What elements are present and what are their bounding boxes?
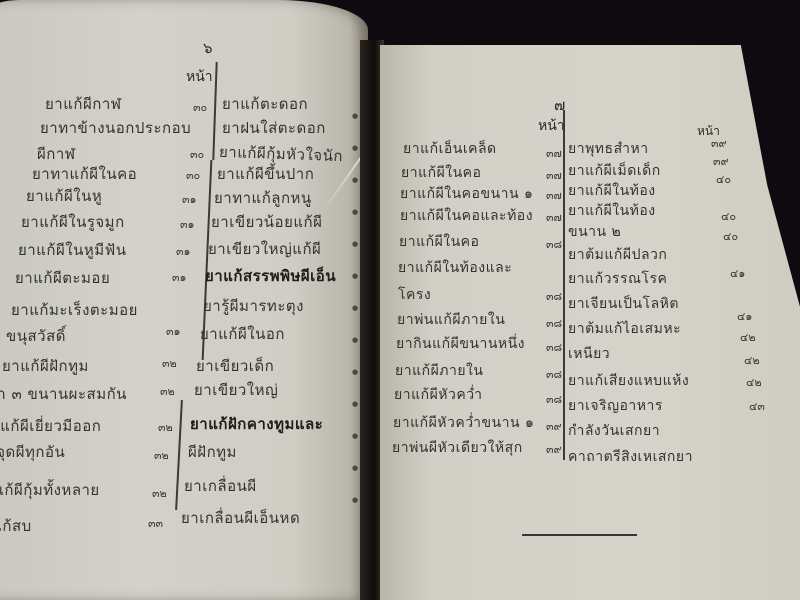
toc-page-ref: ๓๑ <box>182 190 197 208</box>
toc-page-ref: ๓๐ <box>193 98 207 116</box>
toc-entry: ขนุสวัสดิ์ <box>6 324 66 348</box>
toc-entry: ยาแก้วรรณโรค <box>568 268 667 290</box>
left-page-column-header: หน้า <box>186 66 213 88</box>
toc-entry: ยาแก้ตะดอก <box>222 92 308 116</box>
toc-entry: ขนาน ๒ <box>568 221 621 243</box>
toc-entry: ยาแก้ผีในคอและท้อง <box>400 205 533 227</box>
toc-page-ref: ๓๑ <box>166 322 181 340</box>
toc-page-ref: ๔๐ <box>716 170 731 188</box>
toc-page-ref: ๔๐ <box>721 207 736 225</box>
toc-entry: ยาแก้เอ็นเคล็ด <box>403 138 497 160</box>
toc-entry: ยาแก้ผีในท้องและ <box>398 257 512 279</box>
toc-entry: ยาทาข้างนอกประกอบ <box>40 116 191 140</box>
toc-page-ref: ๓๑ <box>180 215 195 233</box>
toc-entry: ยาแก้สบ <box>0 514 32 538</box>
toc-entry: ยาเขียวเด็ก <box>196 354 274 378</box>
toc-entry: ยา ๓ ขนานผะสมกัน <box>0 382 127 406</box>
toc-page-ref: ๓๒ <box>160 382 175 400</box>
toc-page-ref: ๔๐ <box>723 227 738 245</box>
toc-entry: ยาแก้เสียงแหบแห้ง <box>568 370 689 392</box>
toc-page-ref: ๓๘ <box>546 287 562 305</box>
toc-entry: ยาแก้ผีเม็ดเด็ก <box>568 160 661 182</box>
book-photo: ๖ หน้า ยาแก้ผีกาฬ ยาทาข้างนอกประกอบ ผีกา… <box>0 0 800 600</box>
toc-entry: ยาเกลื่อนผี <box>184 474 257 498</box>
toc-page-ref: ๓๐ <box>190 145 204 163</box>
toc-entry: ยาจุดผีทุกอัน <box>0 440 65 464</box>
toc-page-ref: ๓๘ <box>546 314 562 332</box>
toc-page-ref: ๓๑ <box>176 242 191 260</box>
toc-page-ref: ๓๗ <box>546 166 562 184</box>
right-divider <box>563 110 565 460</box>
toc-entry: ยาฝนใส่ตะดอก <box>222 116 326 140</box>
toc-entry: ยาแก้ผีฝักทูม <box>2 354 89 378</box>
toc-entry: ยากินแก้ผีขนานหนึ่ง <box>396 333 525 355</box>
toc-entry: ยาแก้ผีหัวคว่ำ <box>394 384 482 406</box>
toc-page-ref: ๓๘ <box>546 235 562 253</box>
toc-entry: ยาแก้ฝักคางทูมและ <box>190 412 323 436</box>
toc-entry: ยาแก้ผีในท้อง <box>568 180 656 202</box>
toc-page-ref: ๓๙ <box>546 417 562 435</box>
toc-entry: ยาแก้ผีในหู <box>26 184 102 208</box>
toc-page-ref: ๓๙ <box>713 152 729 170</box>
toc-page-ref: ๔๒ <box>740 328 756 346</box>
toc-page-ref: ๓๘ <box>546 338 562 356</box>
toc-page-ref: ๓๘ <box>546 365 562 383</box>
toc-entry: ยาแก้ผีในท้อง <box>568 200 656 222</box>
toc-entry: ยาพ่นผีหัวเดียวให้สุก <box>392 437 523 459</box>
toc-entry: ยาแก้มะเร็งตะมอย <box>11 298 138 322</box>
right-page-column-header: หน้า <box>538 115 565 137</box>
toc-entry: ยาแก้ผีกุ้มทั้งหลาย <box>0 478 100 502</box>
toc-page-ref: ๓๓ <box>148 514 163 532</box>
toc-entry: ยาเขียวน้อยแก้ผี <box>211 210 322 234</box>
toc-page-ref: ๓๗ <box>546 144 562 162</box>
toc-entry: คาถาตรีสิงเหเสกยา <box>568 446 693 468</box>
toc-page-ref: ๓๐ <box>186 166 200 184</box>
toc-entry: ยาเขียวใหญ่ <box>194 378 278 402</box>
toc-entry: ยาเจริญอาหาร <box>568 395 663 417</box>
toc-entry: ยาแก้ผีในอก <box>200 322 285 346</box>
toc-entry: ยาแก้ผีเยี่ยวมีออก <box>0 414 101 438</box>
toc-page-ref: ๓๘ <box>546 390 562 408</box>
toc-page-ref: ๔๑ <box>730 264 745 282</box>
toc-page-ref: ๓๗ <box>546 186 562 204</box>
toc-entry: ยาแก้ผีในหูมีฟัน <box>18 238 126 262</box>
toc-entry: ยารู้ผีมารทะตุง <box>203 294 304 318</box>
toc-entry: ยาแก้ผีภายใน <box>395 360 483 382</box>
toc-entry: ยาพุทธสำหา <box>568 138 649 160</box>
toc-entry: ยาแก้ผีในคอ <box>401 162 481 184</box>
toc-page-ref: ๓๑ <box>172 268 187 286</box>
toc-entry: กำลังวันเสกยา <box>568 420 660 442</box>
toc-entry: ยาแก้ผีในคอขนาน ๑ <box>400 183 533 205</box>
toc-page-ref: ๓๗ <box>546 208 562 226</box>
toc-entry: ผีฝักทูม <box>188 440 237 464</box>
toc-entry: ยาเขียวใหญ่แก้ผี <box>208 237 321 261</box>
toc-entry: ยาแก้ผีขึ้นปาก <box>217 162 314 186</box>
toc-entry: ยาแก้ผีในรูจมูก <box>21 210 125 234</box>
toc-page-ref: ๓๒ <box>158 418 173 436</box>
toc-entry: ยาเกลื่อนผีเอ็นหด <box>181 506 300 530</box>
end-rule <box>522 534 637 536</box>
toc-entry: ยาต้มแก้ไอเสมหะ <box>568 318 681 340</box>
toc-page-ref: ๔๒ <box>746 373 762 391</box>
toc-page-ref: ๔๒ <box>744 351 760 369</box>
toc-page-ref: ๓๒ <box>154 446 169 464</box>
toc-entry: ยาพ่นแก้ผีภายใน <box>397 309 505 331</box>
toc-page-ref: ๔๑ <box>737 307 752 325</box>
toc-page-ref: ๓๙ <box>546 440 562 458</box>
toc-entry: ยาแก้ผีกาฬ <box>45 92 122 116</box>
toc-entry: ยาทาแก้ลูกหนู <box>214 186 312 210</box>
toc-entry: ยาแก้ผีในคอ <box>399 231 479 253</box>
toc-page-ref: ๓๒ <box>162 354 177 372</box>
toc-entry: โครง <box>398 284 431 306</box>
toc-entry: ยาแก้สรรพพิษผีเอ็น <box>205 264 336 288</box>
toc-entry: ยาต้มแก้ผีปลวก <box>568 244 667 266</box>
toc-entry: ยาเจียนเป็นโลหิต <box>568 293 679 315</box>
toc-entry: ยาทาแก้ผีในคอ <box>32 162 137 186</box>
left-page-number: ๖ <box>203 36 213 60</box>
toc-entry: เหนียว <box>568 343 610 365</box>
toc-entry: ยาแก้ผีหัวคว่ำขนาน ๑ <box>393 412 534 434</box>
toc-entry: ยาแก้ผีตะมอย <box>15 266 110 290</box>
toc-page-ref: ๓๙ <box>711 134 727 152</box>
page-edge-marks: ●●●●●●●●●●●●● <box>352 100 358 516</box>
toc-page-ref: ๓๒ <box>152 484 167 502</box>
toc-page-ref: ๔๓ <box>749 397 765 415</box>
